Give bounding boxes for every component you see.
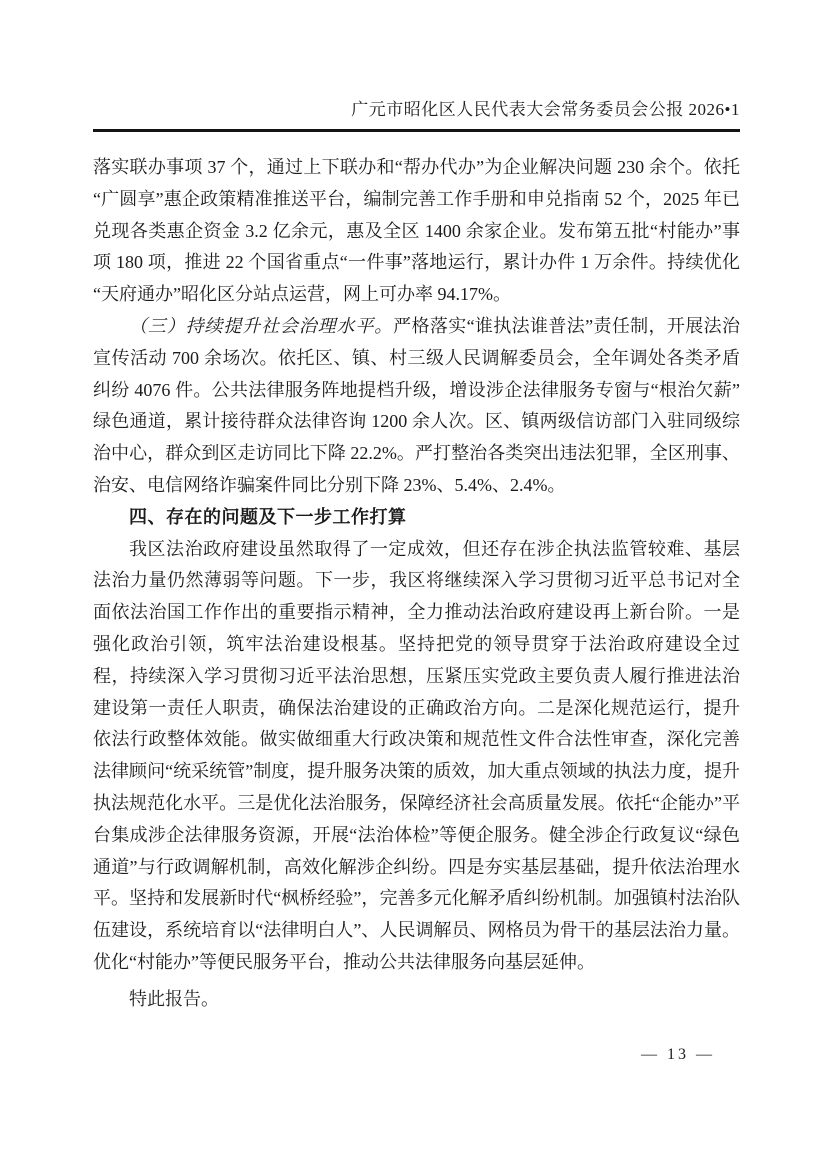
document-page: 广元市昭化区人民代表大会常务委员会公报 2026•1 落实联办事项 37 个，通… xyxy=(0,0,827,1170)
paragraph-lead-social-governance: （三）持续提升社会治理水平。 xyxy=(129,316,393,336)
masthead-title: 广元市昭化区人民代表大会常务委员会公报 2026•1 xyxy=(93,98,740,122)
page-header: 广元市昭化区人民代表大会常务委员会公报 2026•1 xyxy=(93,98,740,132)
document-body: 落实联办事项 37 个，通过上下联办和“帮办代办”为企业解决问题 230 余个。… xyxy=(93,152,740,1016)
header-rule xyxy=(93,129,740,132)
paragraph-problems-plans: 我区法治政府建设虽然取得了一定成效，但还存在涉企执法监管较难、基层法治力量仍然薄… xyxy=(93,534,740,979)
page-number: — 13 — xyxy=(641,1046,715,1064)
paragraph-continuation: 落实联办事项 37 个，通过上下联办和“帮办代办”为企业解决问题 230 余个。… xyxy=(93,152,740,311)
paragraph-social-governance: （三）持续提升社会治理水平。严格落实“谁执法谁普法”责任制，开展法治宣传活动 7… xyxy=(93,311,740,502)
section-heading-problems-plans: 四、存在的问题及下一步工作打算 xyxy=(93,502,740,534)
paragraph-closing: 特此报告。 xyxy=(93,984,740,1016)
paragraph-text-social-governance: 严格落实“谁执法谁普法”责任制，开展法治宣传活动 700 余场次。依托区、镇、村… xyxy=(93,316,740,495)
